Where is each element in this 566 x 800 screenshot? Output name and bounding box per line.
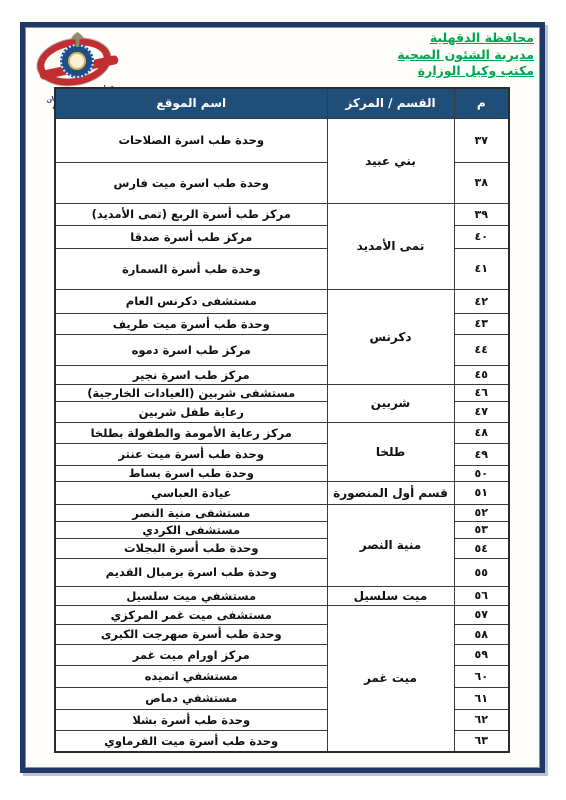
site-name-cell: مستشفى منية النصر [55, 504, 327, 521]
table-row: ٣٩تمى الأمديدمركز طب أسرة الربع (تمى الأ… [55, 203, 509, 225]
row-number-cell: ٣٩ [454, 203, 509, 225]
site-name-cell: مستشفى شربين (العيادات الخارجية) [55, 384, 327, 401]
district-cell: دكرنس [327, 289, 454, 384]
row-number-cell: ٤٣ [454, 313, 509, 334]
row-number-cell: ٥٢ [454, 504, 509, 521]
row-number-cell: ٣٧ [454, 118, 509, 162]
health-sites-table: م القسم / المركز اسم الموقع ٣٧بني عبيدوح… [54, 87, 510, 753]
row-number-cell: ٦٢ [454, 709, 509, 730]
col-header-site: اسم الموقع [55, 88, 327, 118]
site-name-cell: مستشفى دكرنس العام [55, 289, 327, 313]
site-name-cell: مركز طب أسرة الربع (تمى الأمديد) [55, 203, 327, 225]
site-name-cell: وحدة طب اسرة ميت فارس [55, 162, 327, 203]
site-name-cell: مركز طب أسرة صدقا [55, 225, 327, 248]
row-number-cell: ٥٣ [454, 521, 509, 538]
scanned-document: { "document": { "letterhead_lines": [ "م… [0, 0, 566, 800]
emblem-gear-icon [60, 44, 94, 78]
site-name-cell: مركز طب اسرة نجير [55, 365, 327, 384]
table-row: ٣٧بني عبيدوحدة طب اسرة الصلاحات [55, 118, 509, 162]
table-row: ٤٦شربينمستشفى شربين (العيادات الخارجية) [55, 384, 509, 401]
district-cell: شربين [327, 384, 454, 422]
row-number-cell: ٤٢ [454, 289, 509, 313]
row-number-cell: ٤٥ [454, 365, 509, 384]
site-name-cell: مستشفي دماص [55, 687, 327, 709]
site-name-cell: وحدة طب أسرة ميت الفرماوي [55, 730, 327, 752]
site-name-cell: مستشفي اتميده [55, 665, 327, 687]
row-number-cell: ٤٧ [454, 401, 509, 422]
site-name-cell: مركز رعاية الأمومة والطفولة بطلخا [55, 422, 327, 443]
table-row: ٥٦ميت سلسيلمستشفي ميت سلسيل [55, 586, 509, 605]
row-number-cell: ٥٠ [454, 465, 509, 481]
site-name-cell: وحدة طب أسرة ميت طريف [55, 313, 327, 334]
row-number-cell: ٤٠ [454, 225, 509, 248]
row-number-cell: ٤٨ [454, 422, 509, 443]
site-name-cell: مركز طب اسرة دموه [55, 334, 327, 365]
site-name-cell: وحدة طب اسرة برمبال القديم [55, 558, 327, 586]
site-name-cell: وحدة طب أسرة بشلا [55, 709, 327, 730]
row-number-cell: ٤٩ [454, 443, 509, 465]
header-row: م القسم / المركز اسم الموقع [55, 88, 509, 118]
site-name-cell: مستشفى ميت غمر المركزي [55, 605, 327, 624]
district-cell: ميت غمر [327, 605, 454, 752]
district-cell: منية النصر [327, 504, 454, 586]
district-cell: ميت سلسيل [327, 586, 454, 605]
site-name-cell: مستشفى الكردي [55, 521, 327, 538]
district-cell: بني عبيد [327, 118, 454, 203]
site-name-cell: وحدة طب أسرة السمارة [55, 248, 327, 289]
district-cell: تمى الأمديد [327, 203, 454, 289]
row-number-cell: ٤١ [454, 248, 509, 289]
page-border-frame: محافظة الدقهلية مديرية الشئون الصحية مكت… [20, 22, 545, 773]
site-name-cell: رعاية طفل شربين [55, 401, 327, 422]
row-number-cell: ٥٨ [454, 624, 509, 644]
site-name-cell: وحدة طب اسرة بساط [55, 465, 327, 481]
row-number-cell: ٥٧ [454, 605, 509, 624]
site-name-cell: عيادة العباسي [55, 481, 327, 504]
letterhead: محافظة الدقهلية مديرية الشئون الصحية مكت… [397, 30, 534, 80]
row-number-cell: ٦٠ [454, 665, 509, 687]
table-row: ٥٢منية النصرمستشفى منية النصر [55, 504, 509, 521]
table-row: ٥١قسم أول المنصورةعيادة العباسي [55, 481, 509, 504]
table-body: ٣٧بني عبيدوحدة طب اسرة الصلاحات٣٨وحدة طب… [55, 118, 509, 752]
row-number-cell: ٤٤ [454, 334, 509, 365]
site-name-cell: وحدة طب أسرة ميت عنتر [55, 443, 327, 465]
governorate-title: محافظة الدقهلية [397, 30, 534, 47]
table-row: ٤٢دكرنسمستشفى دكرنس العام [55, 289, 509, 313]
site-name-cell: وحدة طب أسرة صهرجت الكبرى [55, 624, 327, 644]
row-number-cell: ٥٥ [454, 558, 509, 586]
row-number-cell: ٤٦ [454, 384, 509, 401]
row-number-cell: ٦١ [454, 687, 509, 709]
row-number-cell: ٦٣ [454, 730, 509, 752]
row-number-cell: ٥١ [454, 481, 509, 504]
office-title: مكتب وكيل الوزارة [397, 63, 534, 80]
site-name-cell: وحدة طب أسرة البجلات [55, 538, 327, 558]
table-row: ٥٧ميت غمرمستشفى ميت غمر المركزي [55, 605, 509, 624]
district-cell: طلخا [327, 422, 454, 481]
site-name-cell: مركز اورام ميت غمر [55, 644, 327, 665]
row-number-cell: ٥٩ [454, 644, 509, 665]
col-header-district: القسم / المركز [327, 88, 454, 118]
row-number-cell: ٥٤ [454, 538, 509, 558]
row-number-cell: ٣٨ [454, 162, 509, 203]
district-cell: قسم أول المنصورة [327, 481, 454, 504]
table-header: م القسم / المركز اسم الموقع [55, 88, 509, 118]
site-name-cell: وحدة طب اسرة الصلاحات [55, 118, 327, 162]
directorate-title: مديرية الشئون الصحية [397, 47, 534, 64]
row-number-cell: ٥٦ [454, 586, 509, 605]
col-header-number: م [454, 88, 509, 118]
table-row: ٤٨طلخامركز رعاية الأمومة والطفولة بطلخا [55, 422, 509, 443]
site-name-cell: مستشفي ميت سلسيل [55, 586, 327, 605]
